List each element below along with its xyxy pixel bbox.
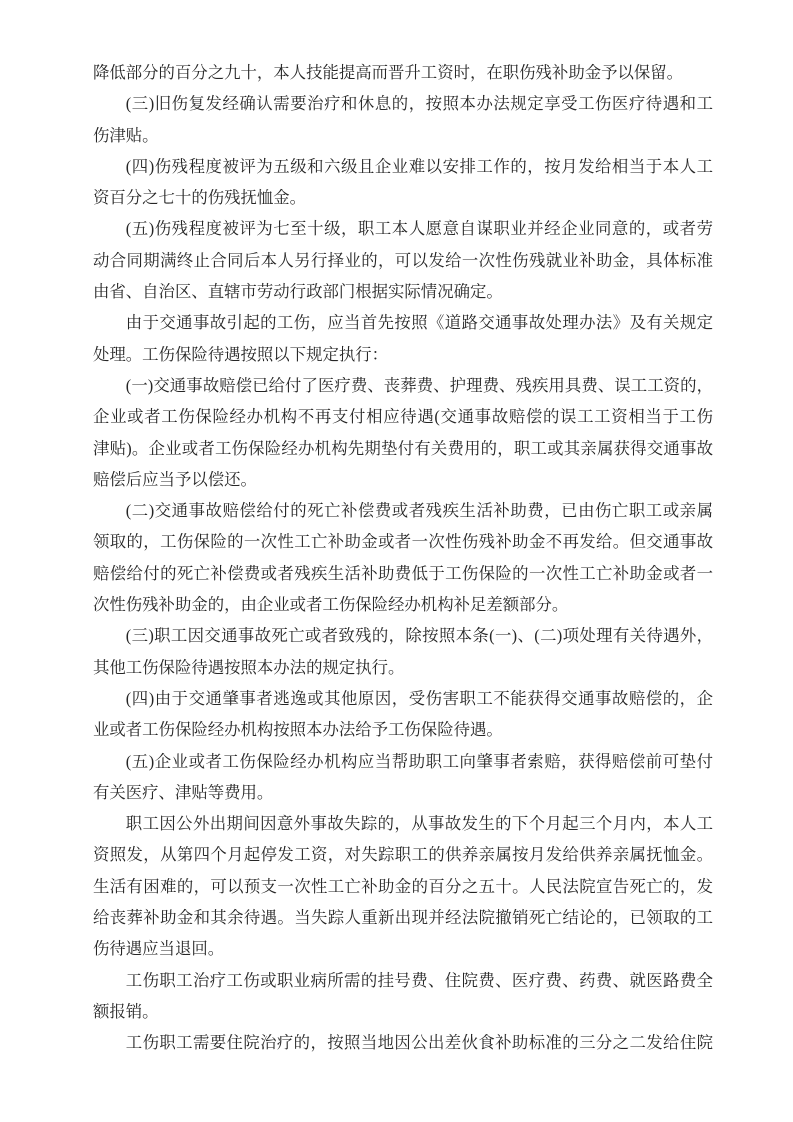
text-line: 领取的，工伤保险的一次性工亡补助金或者一次性伤残补助金不再发给。但交通事故: [93, 526, 713, 557]
text-line: 职工因公外出期间因意外事故失踪的，从事故发生的下个月起三个月内，本人工: [93, 808, 713, 839]
text-line: 工伤职工治疗工伤或职业病所需的挂号费、住院费、医疗费、药费、就医路费全: [93, 965, 713, 996]
text-line: 赔偿后应当予以偿还。: [93, 464, 713, 495]
text-line: (五)企业或者工伤保险经办机构应当帮助职工向肇事者索赔，获得赔偿前可垫付: [93, 746, 713, 777]
text-line: 资百分之七十的伤残抚恤金。: [93, 182, 713, 213]
text-line: 有关医疗、津贴等费用。: [93, 777, 713, 808]
text-line: 次性伤残补助金的，由企业或者工伤保险经办机构补足差额部分。: [93, 589, 713, 620]
text-line: 额报销。: [93, 996, 713, 1027]
text-line: 伤津贴。: [93, 120, 713, 151]
text-line: 给丧葬补助金和其余待遇。当失踪人重新出现并经法院撤销死亡结论的，已领取的工: [93, 902, 713, 933]
text-line: (五)伤残程度被评为七至十级，职工本人愿意自谋职业并经企业同意的，或者劳: [93, 213, 713, 244]
text-line: 处理。工伤保险待遇按照以下规定执行：: [93, 339, 713, 370]
text-line: 津贴)。企业或者工伤保险经办机构先期垫付有关费用的，职工或其亲属获得交通事故: [93, 433, 713, 464]
text-line: (四)由于交通肇事者逃逸或其他原因，受伤害职工不能获得交通事故赔偿的，企: [93, 683, 713, 714]
text-line: 动合同期满终止合同后本人另行择业的，可以发给一次性伤残就业补助金，具体标准: [93, 245, 713, 276]
text-line: (一)交通事故赔偿已给付了医疗费、丧葬费、护理费、残疾用具费、误工工资的，: [93, 370, 713, 401]
text-line: 赔偿给付的死亡补偿费或者残疾生活补助费低于工伤保险的一次性工亡补助金或者一: [93, 558, 713, 589]
text-line: 降低部分的百分之九十，本人技能提高而晋升工资时，在职伤残补助金予以保留。: [93, 57, 713, 88]
text-line: 业或者工伤保险经办机构按照本办法给予工伤保险待遇。: [93, 714, 713, 745]
text-line: (二)交通事故赔偿给付的死亡补偿费或者残疾生活补助费，已由伤亡职工或亲属: [93, 495, 713, 526]
text-line: 由省、自治区、直辖市劳动行政部门根据实际情况确定。: [93, 276, 713, 307]
text-line: (三)旧伤复发经确认需要治疗和休息的，按照本办法规定享受工伤医疗待遇和工: [93, 88, 713, 119]
text-line: 企业或者工伤保险经办机构不再支付相应待遇(交通事故赔偿的误工工资相当于工伤: [93, 401, 713, 432]
text-line: 伤待遇应当退回。: [93, 933, 713, 964]
text-line: 工伤职工需要住院治疗的，按照当地因公出差伙食补助标准的三分之二发给住院: [93, 1027, 713, 1058]
text-line: 其他工伤保险待遇按照本办法的规定执行。: [93, 652, 713, 683]
text-line: 由于交通事故引起的工伤，应当首先按照《道路交通事故处理办法》及有关规定: [93, 307, 713, 338]
text-line: (三)职工因交通事故死亡或者致残的，除按照本条(一)、(二)项处理有关待遇外，: [93, 620, 713, 651]
document-page: 降低部分的百分之九十，本人技能提高而晋升工资时，在职伤残补助金予以保留。(三)旧…: [0, 0, 793, 1122]
text-line: 生活有困难的，可以预支一次性工亡补助金的百分之五十。人民法院宣告死亡的，发: [93, 871, 713, 902]
text-line: 资照发，从第四个月起停发工资，对失踪职工的供养亲属按月发给供养亲属抚恤金。: [93, 839, 713, 870]
document-body: 降低部分的百分之九十，本人技能提高而晋升工资时，在职伤残补助金予以保留。(三)旧…: [93, 57, 713, 1059]
text-line: (四)伤残程度被评为五级和六级且企业难以安排工作的，按月发给相当于本人工: [93, 151, 713, 182]
